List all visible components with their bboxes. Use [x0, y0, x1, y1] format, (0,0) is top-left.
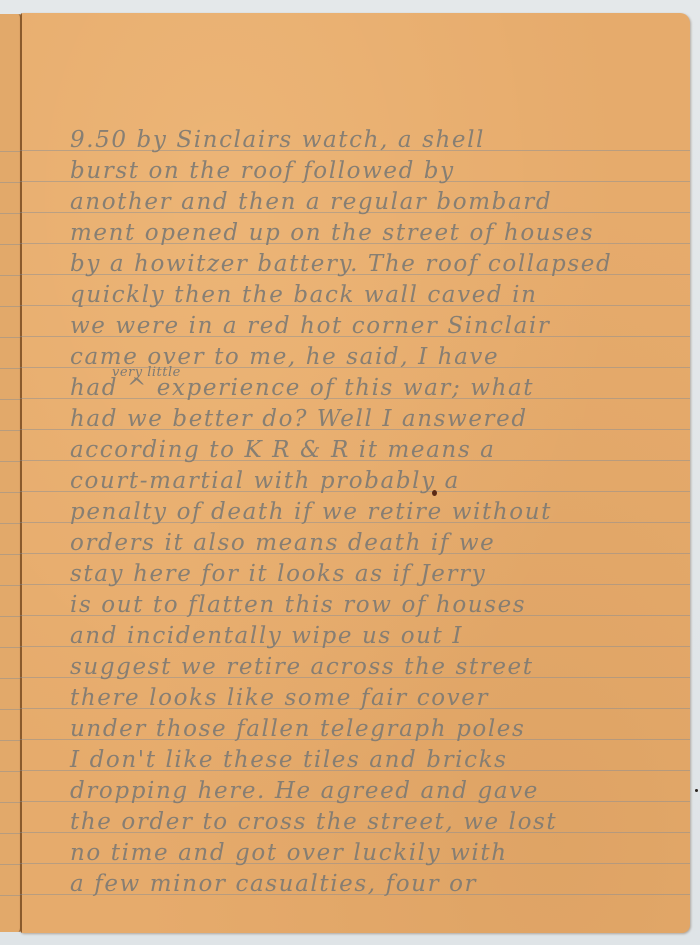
handwritten-line: according to K R & R it means a	[70, 436, 680, 464]
handwritten-line: under those fallen telegraph poles	[70, 715, 680, 743]
ruled-line	[0, 492, 20, 493]
handwritten-line: dropping here. He agreed and gave	[70, 777, 680, 805]
ruled-line	[0, 864, 20, 865]
handwritten-line: court-martial with probably a	[70, 467, 680, 495]
ruled-line	[0, 430, 20, 431]
ruled-line	[0, 368, 20, 369]
ruled-line	[0, 554, 20, 555]
ruled-line	[0, 213, 20, 214]
ruled-line	[0, 616, 20, 617]
handwritten-line: ment opened up on the street of houses	[70, 219, 680, 247]
handwritten-line: there looks like some fair cover	[70, 684, 680, 712]
ruled-line	[0, 151, 20, 152]
handwritten-line: stay here for it looks as if Jerry	[70, 560, 680, 588]
ruled-line	[0, 740, 20, 741]
handwritten-line: is out to flatten this row of houses	[70, 591, 680, 619]
handwritten-line: 9.50 by Sinclairs watch, a shell	[70, 126, 680, 154]
handwritten-line: the order to cross the street, we lost	[70, 808, 680, 836]
handwritten-line: had ^ experience of this war; what	[70, 374, 680, 402]
ruled-line	[0, 585, 20, 586]
scan-speck	[695, 789, 698, 792]
handwritten-line: orders it also means death if we	[70, 529, 680, 557]
page-gutter	[20, 13, 22, 933]
handwritten-line: had we better do? Well I answered	[70, 405, 680, 433]
ruled-line	[0, 244, 20, 245]
handwritten-line: I don't like these tiles and bricks	[70, 746, 680, 774]
ruled-line	[0, 461, 20, 462]
ink-blot	[432, 490, 437, 496]
handwritten-line: no time and got over luckily with	[70, 839, 680, 867]
ruled-line	[0, 802, 20, 803]
ruled-line	[0, 182, 20, 183]
ruled-line	[0, 647, 20, 648]
ruled-line	[0, 771, 20, 772]
ruled-line	[0, 275, 20, 276]
ruled-line	[0, 306, 20, 307]
handwritten-line: we were in a red hot corner Sinclair	[70, 312, 680, 340]
handwritten-line: quickly then the back wall caved in	[70, 281, 680, 309]
handwritten-line: penalty of death if we retire without	[70, 498, 680, 526]
ruled-line	[0, 709, 20, 710]
handwritten-line: and incidentally wipe us out I	[70, 622, 680, 650]
handwritten-line: burst on the roof followed by	[70, 157, 680, 185]
ruled-line	[0, 895, 20, 896]
handwritten-line: a few minor casualties, four or	[70, 870, 680, 898]
ruled-line	[0, 833, 20, 834]
handwritten-line: suggest we retire across the street	[70, 653, 680, 681]
notebook-page: 9.50 by Sinclairs watch, a shell burst o…	[20, 13, 690, 933]
ruled-line	[0, 337, 20, 338]
ruled-line	[0, 523, 20, 524]
handwritten-line: another and then a regular bombard	[70, 188, 680, 216]
facing-page-edge	[0, 14, 22, 932]
ruled-line	[0, 678, 20, 679]
ruled-line	[0, 399, 20, 400]
handwritten-line: by a howitzer battery. The roof collapse…	[70, 250, 680, 278]
